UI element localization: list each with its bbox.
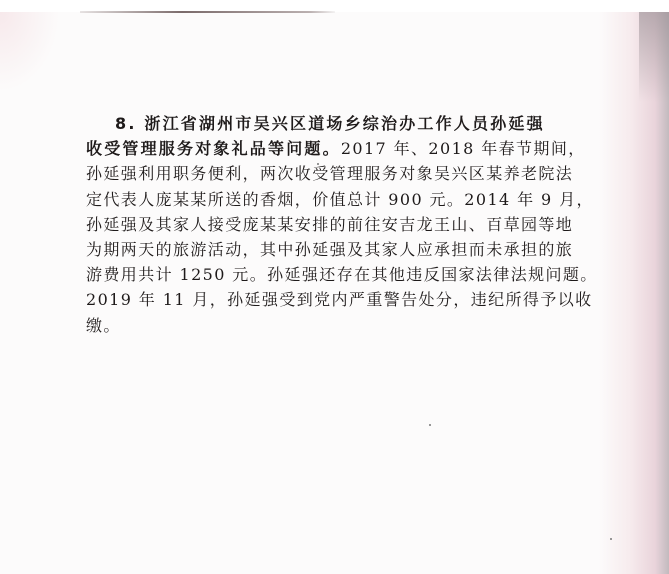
body-text: 2017 年、2018 年春节期间， — [341, 139, 586, 158]
scan-speck — [429, 424, 431, 426]
body-line: 2019 年 11 月，孙延强受到党内严重警告处分，违纪所得予以收 — [86, 287, 596, 312]
document-body: 8. 浙江省湖州市吴兴区道场乡综治办工作人员孙延强 收受管理服务对象礼品等问题。… — [86, 111, 596, 338]
scan-shadow-right-top — [639, 12, 669, 102]
case-title-continued: 收受管理服务对象礼品等问题。 — [86, 139, 341, 158]
case-heading-line-1: 8. 浙江省湖州市吴兴区道场乡综治办工作人员孙延强 — [86, 111, 596, 136]
body-line: 为期两天的旅游活动，其中孙延强及其家人应承担而未承担的旅 — [86, 237, 596, 262]
scanned-document-page: 8. 浙江省湖州市吴兴区道场乡综治办工作人员孙延强 收受管理服务对象礼品等问题。… — [0, 0, 669, 574]
body-line: 缴。 — [86, 313, 596, 338]
scan-speck — [610, 538, 612, 540]
body-line: 定代表人庞某某所送的香烟，价值总计 900 元。2014 年 9 月， — [86, 187, 596, 212]
body-line: 孙延强利用职务便利，两次收受管理服务对象吴兴区某养老院法 — [86, 161, 596, 186]
section-number: 8. — [115, 114, 137, 133]
scan-speck — [317, 163, 319, 165]
body-line: 孙延强及其家人接受庞某某安排的前往安吉龙王山、百草园等地 — [86, 212, 596, 237]
scan-tint-left — [0, 12, 60, 92]
body-line: 游费用共计 1250 元。孙延强还存在其他违反国家法律法规问题。 — [86, 262, 596, 287]
case-title: 浙江省湖州市吴兴区道场乡综治办工作人员孙延强 — [144, 114, 544, 133]
paper-top-edge — [80, 11, 335, 13]
case-heading-line-2: 收受管理服务对象礼品等问题。2017 年、2018 年春节期间， — [86, 136, 596, 161]
